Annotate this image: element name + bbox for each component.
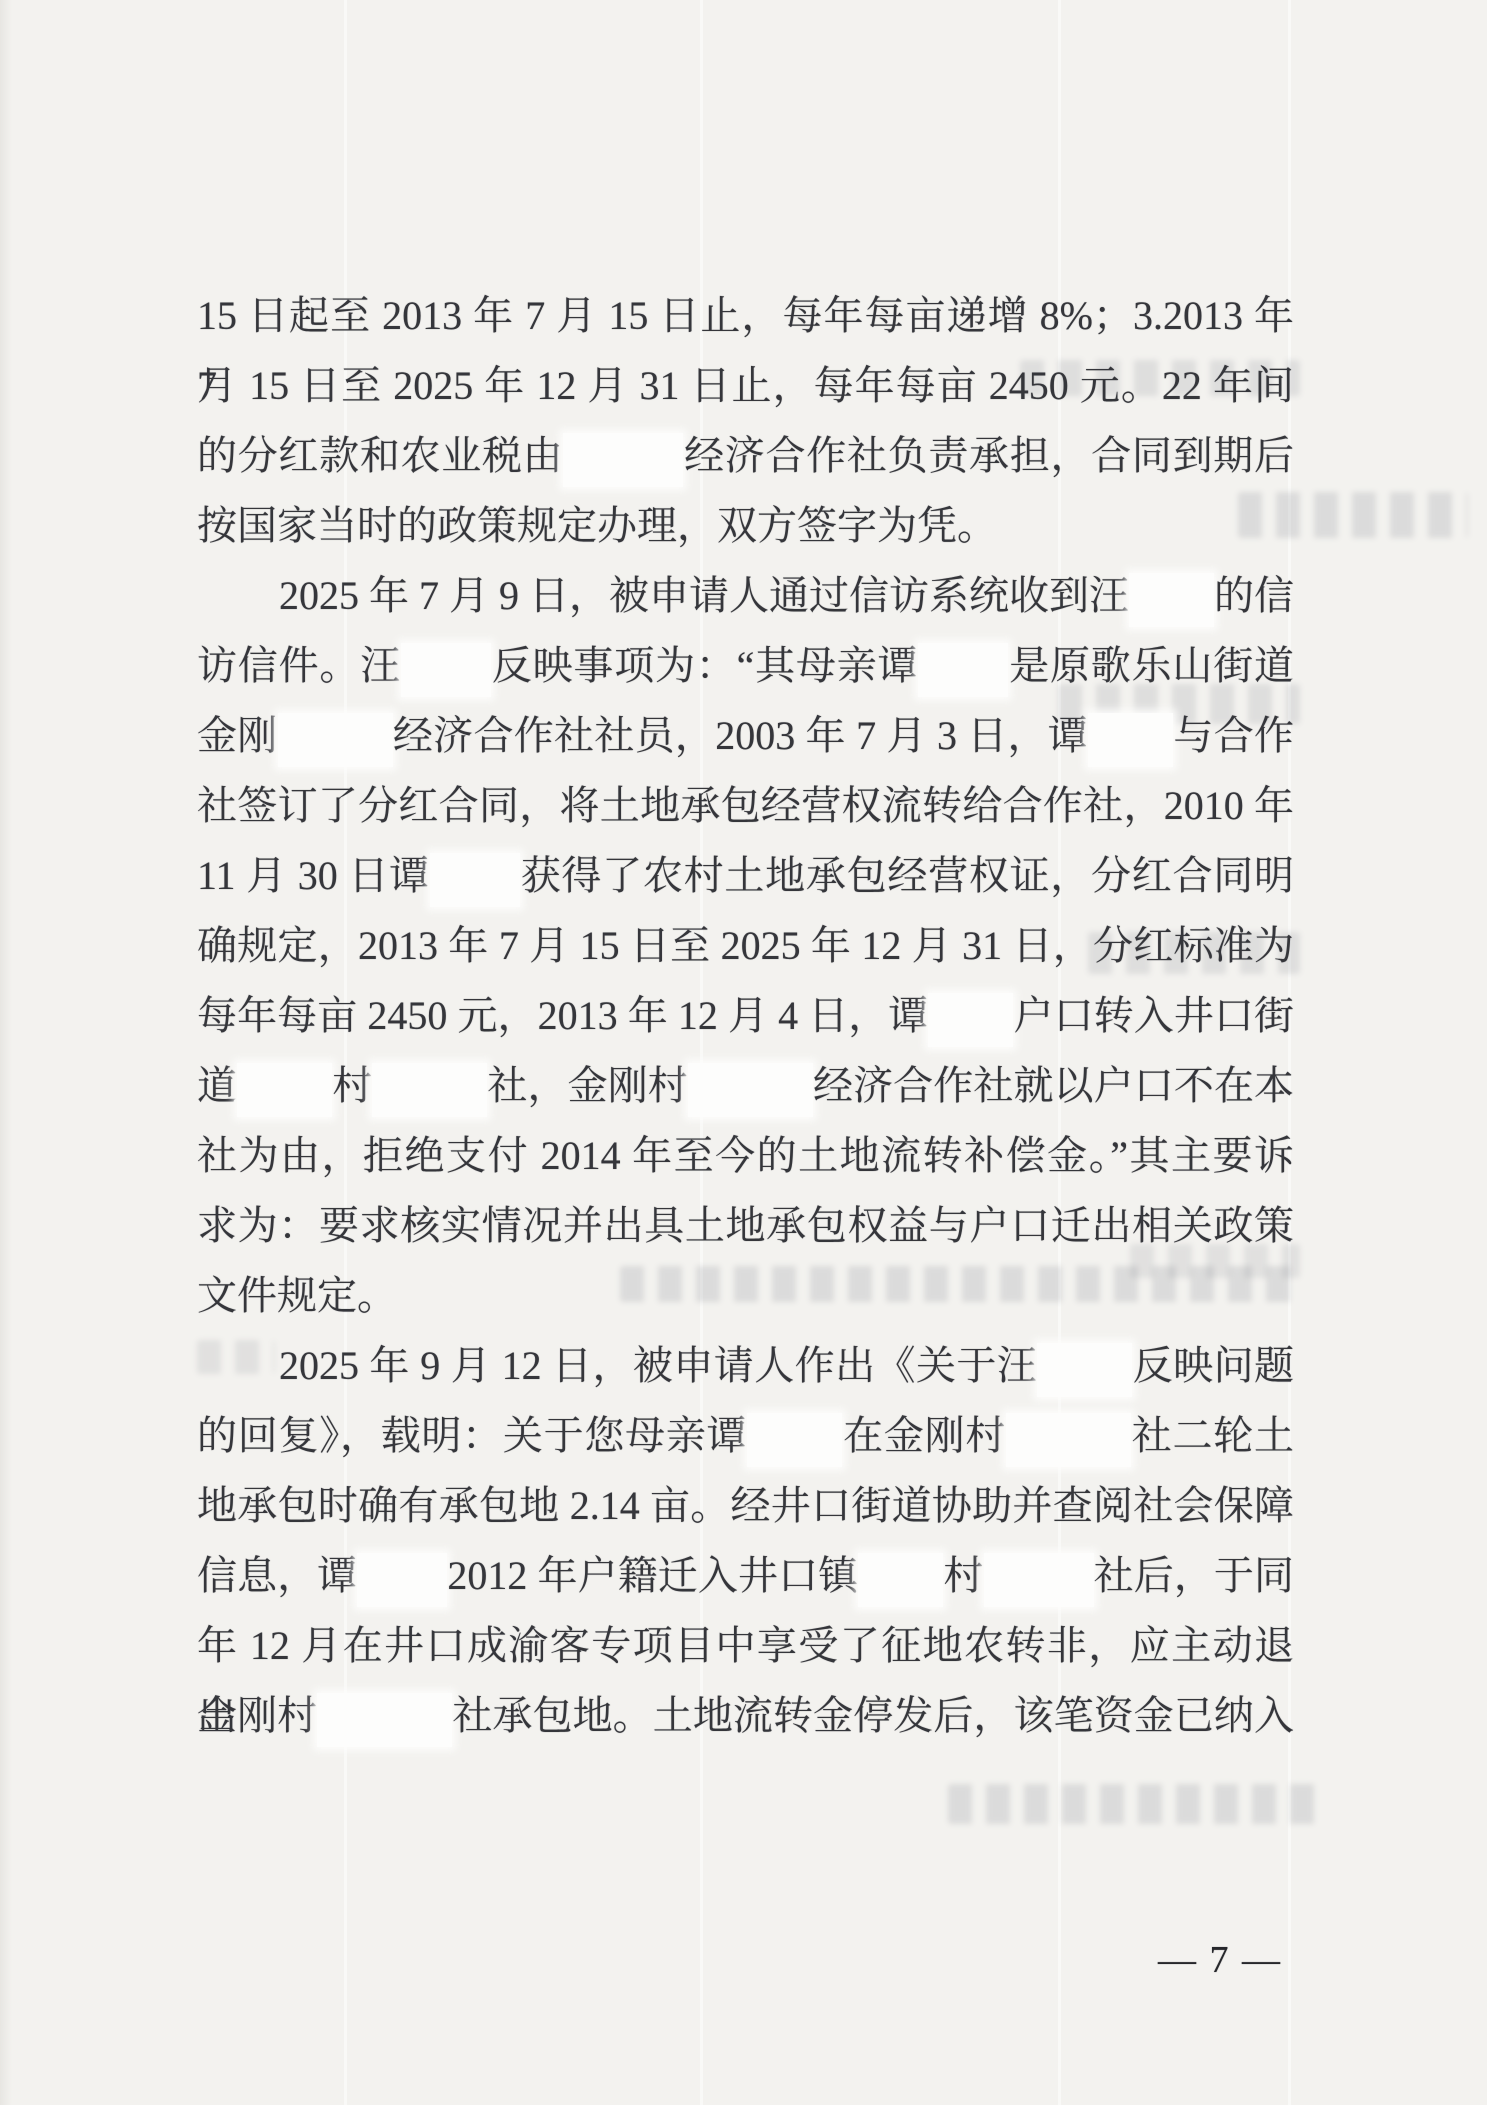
text-segment: 2025 年 7 月 9 日，被申请人通过信访系统收到汪 [279, 573, 1129, 618]
text-segment: 经济合作社负责承担，合同到期后 [683, 433, 1294, 478]
redaction-gap [688, 1063, 813, 1117]
bleedthrough-artifact [948, 1784, 1320, 1824]
text-line: 确规定，2013 年 7 月 15 日至 2025 年 12 月 31 日，分红… [197, 911, 1294, 981]
redaction-gap [1129, 573, 1214, 627]
text-segment: 反映事项为：“其母亲谭 [491, 643, 918, 688]
text-segment: 每年每亩 2450 元，2013 年 12 月 4 日，谭 [197, 993, 928, 1038]
redaction-gap [372, 1063, 487, 1117]
text-segment: 月 15 日至 2025 年 12 月 31 日止，每年每亩 2450 元。22… [197, 363, 1294, 408]
scanned-document-page: { "document": { "page_number": "— 7 —", … [0, 0, 1487, 2105]
text-line: 求为：要求核实情况并出具土地承包权益与户口迁出相关政策 [197, 1191, 1294, 1261]
redaction-gap [1088, 713, 1173, 767]
text-line: 社为由，拒绝支付 2014 年至今的土地流转补偿金。”其主要诉 [197, 1121, 1294, 1191]
redaction-gap [918, 643, 1008, 697]
redaction-gap [430, 853, 520, 907]
text-line: 社签订了分红合同，将土地承包经营权流转给合作社，2010 年 [197, 771, 1294, 841]
text-segment: 2012 年户籍迁入井口镇 [447, 1553, 858, 1598]
redaction-gap [1006, 1413, 1131, 1467]
redaction-gap [858, 1553, 943, 1607]
text-segment: 信息，谭 [197, 1553, 357, 1598]
text-segment: 村 [332, 1063, 372, 1108]
redaction-gap [317, 1693, 452, 1747]
redaction-gap [278, 713, 393, 767]
text-segment: 获得了农村土地承包经营权证，分红合同明 [520, 853, 1294, 898]
text-line: 的分红款和农业税由经济合作社负责承担，合同到期后 [197, 421, 1294, 491]
redaction-gap [928, 993, 1013, 1047]
text-line: 15 日起至 2013 年 7 月 15 日止，每年每亩递增 8%；3.2013… [197, 281, 1294, 351]
text-segment: 社，金刚村 [487, 1063, 688, 1108]
text-line: 的回复》，载明：关于您母亲谭在金刚村社二轮土 [197, 1401, 1294, 1471]
redaction-gap [401, 643, 491, 697]
text-segment: 按国家当时的政策规定办理，双方签字为凭。 [197, 503, 997, 548]
text-segment: 与合作 [1173, 713, 1294, 758]
text-segment: 的回复》，载明：关于您母亲谭 [197, 1413, 747, 1458]
redaction-gap [563, 433, 683, 487]
text-line: 按国家当时的政策规定办理，双方签字为凭。 [197, 491, 1294, 561]
text-segment: 社二轮土 [1131, 1413, 1294, 1458]
text-line: 年 12 月在井口成渝客专项目中享受了征地农转非，应主动退出 [197, 1611, 1294, 1681]
text-segment: 11 月 30 日谭 [197, 853, 430, 898]
text-line: 访信件。汪反映事项为：“其母亲谭是原歌乐山街道 [197, 631, 1294, 701]
text-segment: 社签订了分红合同，将土地承包经营权流转给合作社，2010 年 [197, 783, 1294, 828]
text-segment: 在金刚村 [842, 1413, 1006, 1458]
text-segment: 社承包地。土地流转金停发后，该笔资金已纳入 [452, 1693, 1294, 1738]
text-line: 金刚经济合作社社员，2003 年 7 月 3 日，谭与合作 [197, 701, 1294, 771]
text-segment: 的分红款和农业税由 [197, 433, 563, 478]
text-segment: 反映问题 [1132, 1343, 1294, 1388]
page-number: — 7 — [1090, 1938, 1350, 1982]
text-line: 2025 年 9 月 12 日，被申请人作出《关于汪反映问题 [197, 1331, 1294, 1401]
redaction-gap [984, 1553, 1094, 1607]
text-segment: 文件规定。 [197, 1273, 397, 1318]
text-line: 11 月 30 日谭获得了农村土地承包经营权证，分红合同明 [197, 841, 1294, 911]
text-segment: 社为由，拒绝支付 2014 年至今的土地流转补偿金。”其主要诉 [197, 1133, 1294, 1178]
text-line: 信息，谭2012 年户籍迁入井口镇村社后，于同 [197, 1541, 1294, 1611]
text-segment: 经济合作社就以户口不在本 [813, 1063, 1294, 1108]
redaction-gap [237, 1063, 332, 1117]
redaction-gap [747, 1413, 842, 1467]
text-segment: 求为：要求核实情况并出具土地承包权益与户口迁出相关政策 [197, 1203, 1294, 1248]
text-segment: 的信 [1214, 573, 1294, 618]
text-segment: 2025 年 9 月 12 日，被申请人作出《关于汪 [279, 1343, 1037, 1388]
text-block: 15 日起至 2013 年 7 月 15 日止，每年每亩递增 8%；3.2013… [197, 281, 1294, 1751]
text-segment: 访信件。汪 [197, 643, 401, 688]
paper-edge [0, 0, 12, 2105]
text-segment: 金刚村 [197, 1693, 317, 1738]
text-segment: 道 [197, 1063, 237, 1108]
text-segment: 是原歌乐山街道 [1008, 643, 1294, 688]
text-segment: 地承包时确有承包地 2.14 亩。经井口街道协助并查阅社会保障 [197, 1483, 1294, 1528]
redaction-gap [357, 1553, 447, 1607]
text-segment: 经济合作社社员，2003 年 7 月 3 日，谭 [393, 713, 1089, 758]
text-segment: 户口转入井口街 [1013, 993, 1294, 1038]
text-segment: 村 [943, 1553, 983, 1598]
text-line: 道村社，金刚村经济合作社就以户口不在本 [197, 1051, 1294, 1121]
text-segment: 社后，于同 [1094, 1553, 1295, 1598]
text-segment: 确规定，2013 年 7 月 15 日至 2025 年 12 月 31 日，分红… [197, 923, 1294, 968]
text-line: 地承包时确有承包地 2.14 亩。经井口街道协助并查阅社会保障 [197, 1471, 1294, 1541]
redaction-gap [1037, 1343, 1132, 1397]
text-line: 2025 年 7 月 9 日，被申请人通过信访系统收到汪的信 [197, 561, 1294, 631]
text-segment: 金刚 [197, 713, 278, 758]
text-line: 文件规定。 [197, 1261, 1294, 1331]
text-line: 月 15 日至 2025 年 12 月 31 日止，每年每亩 2450 元。22… [197, 351, 1294, 421]
text-line: 金刚村社承包地。土地流转金停发后，该笔资金已纳入 [197, 1681, 1294, 1751]
text-line: 每年每亩 2450 元，2013 年 12 月 4 日，谭户口转入井口街 [197, 981, 1294, 1051]
